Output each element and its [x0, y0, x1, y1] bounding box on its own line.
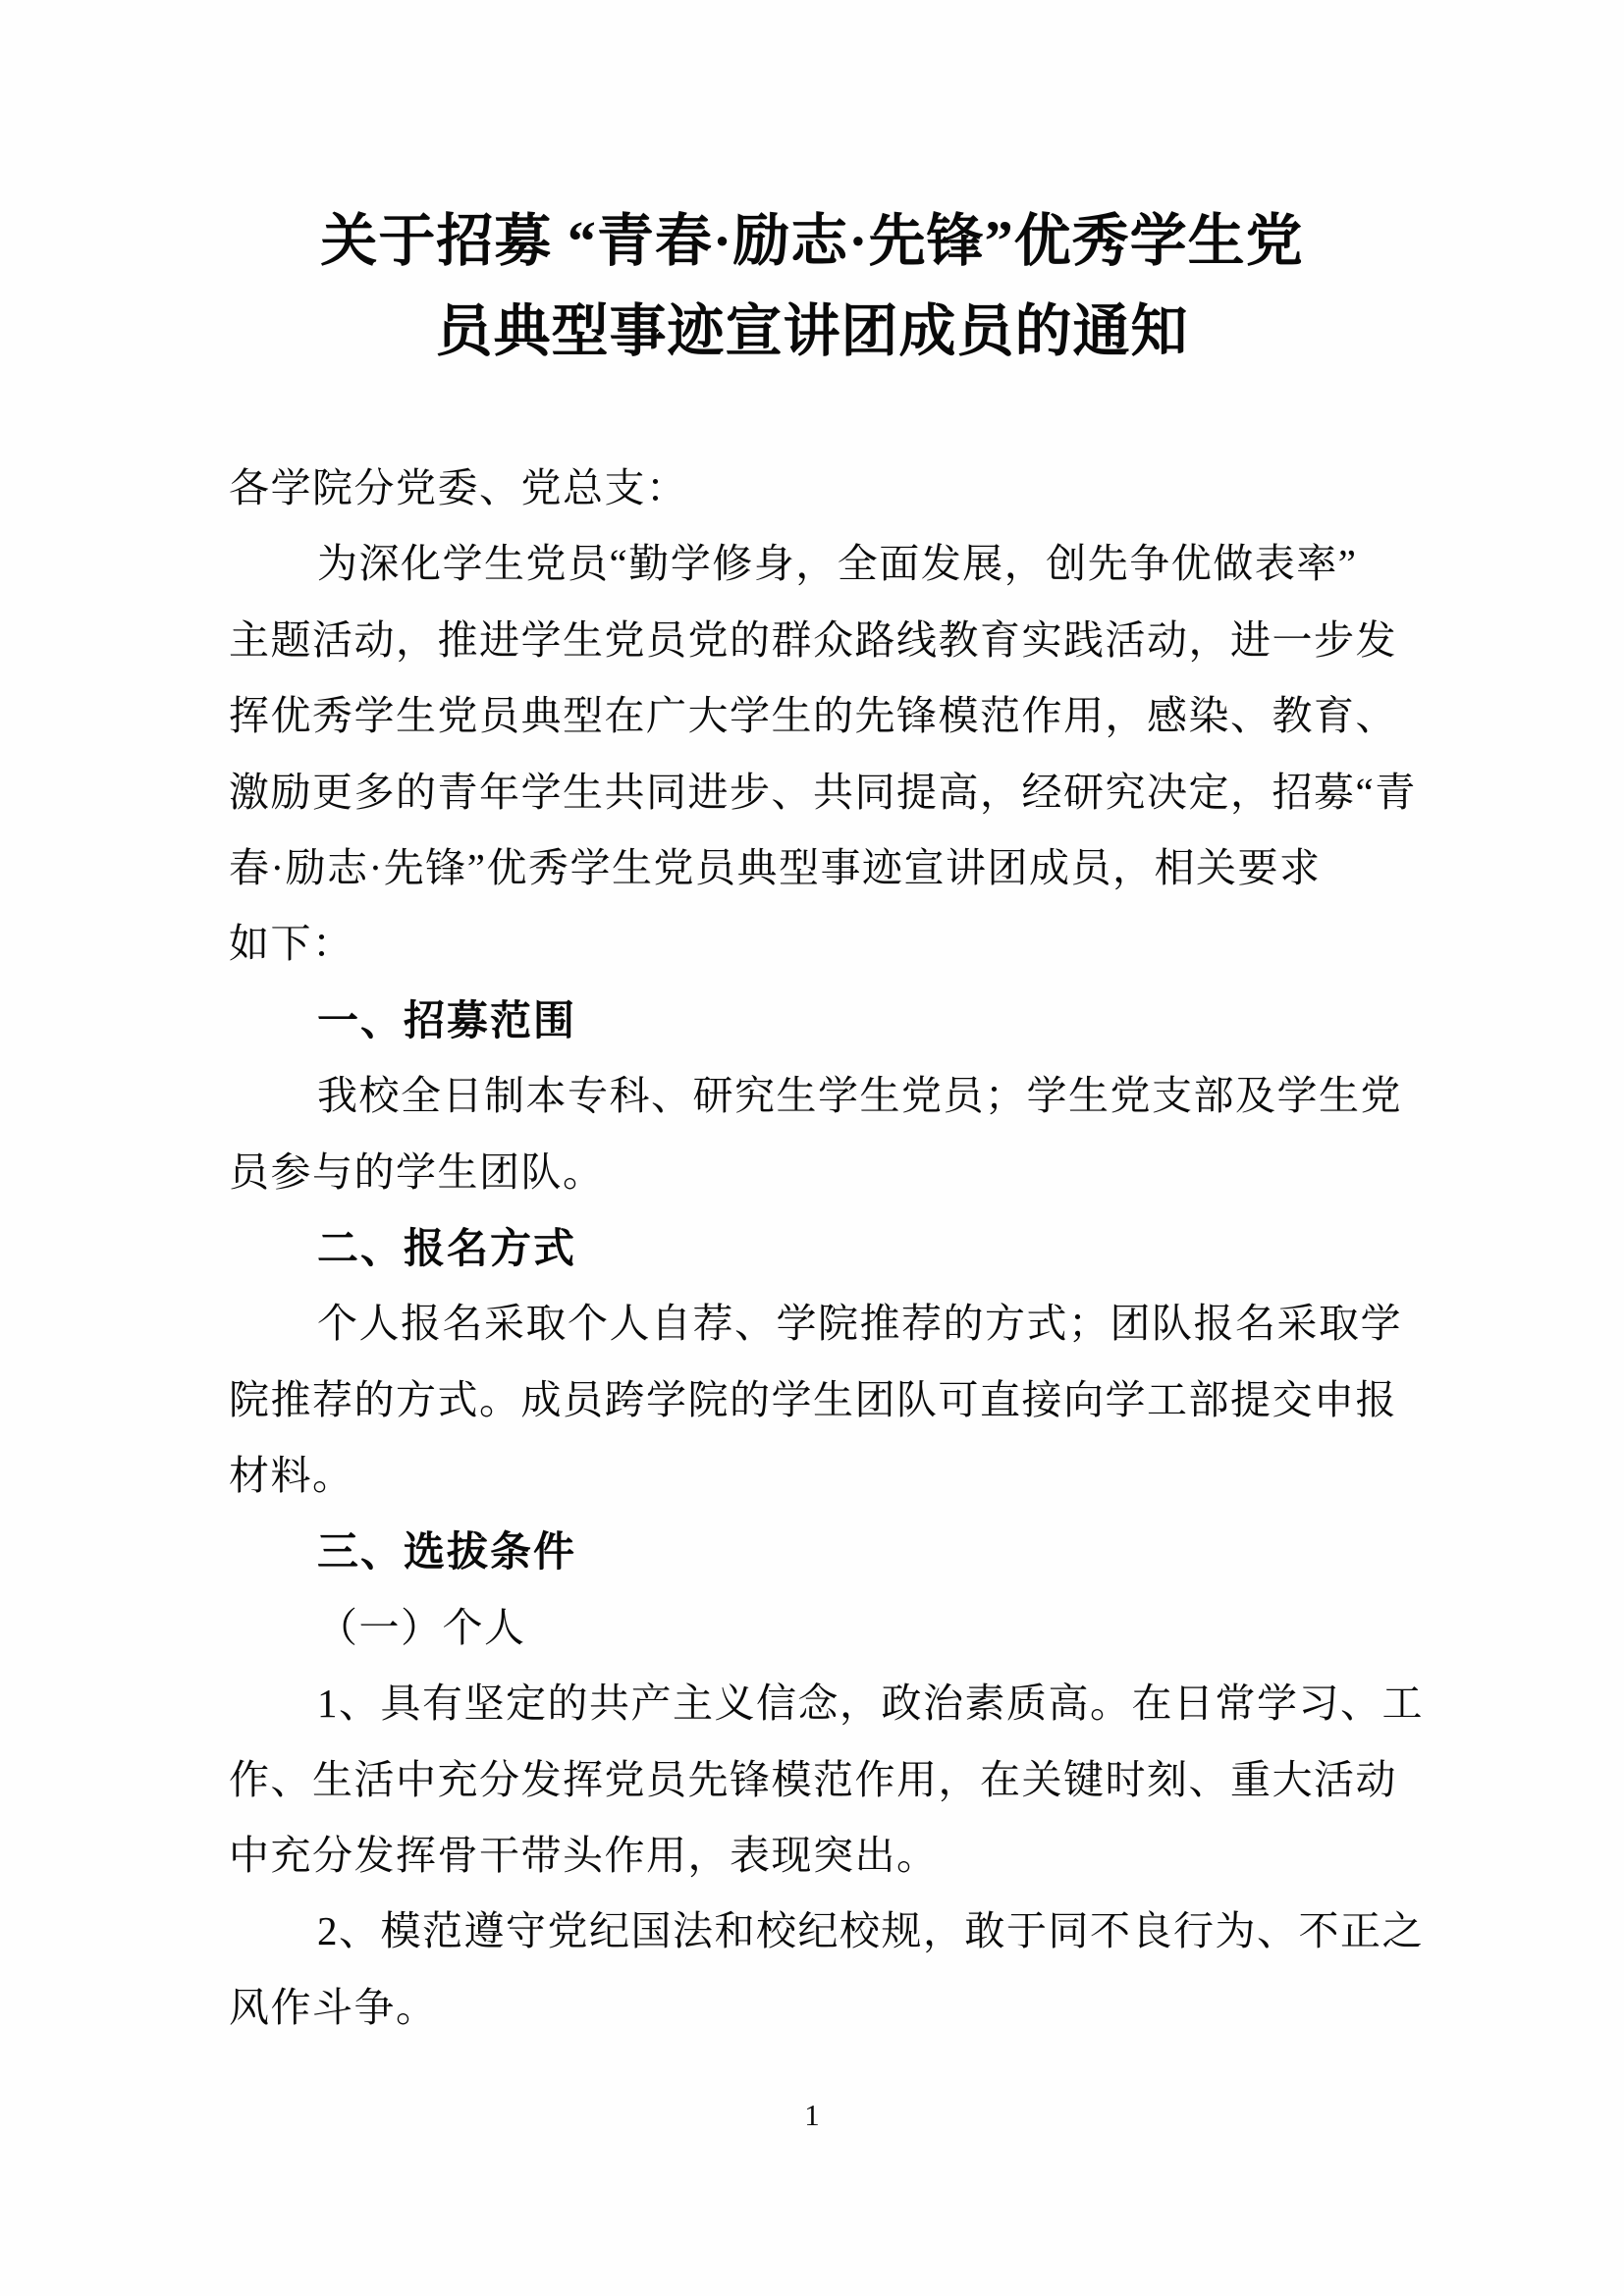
- section-heading-3-criteria: 三、选拔条件: [229, 1514, 1407, 1589]
- section-heading-1-scope: 一、招募范围: [229, 983, 1407, 1058]
- paragraph-line: 主题活动，推进学生党员党的群众路线教育实践活动，进一步发: [229, 603, 1407, 678]
- sub-heading-individual: （一）个人: [229, 1590, 1407, 1666]
- paragraph-line: 1、具有坚定的共产主义信念，政治素质高。在日常学习、工: [229, 1666, 1407, 1741]
- paragraph-line: 激励更多的青年学生共同进步、共同提高，经研究决定，招募“青: [229, 755, 1407, 830]
- paragraph-line: 作、生活中充分发挥党员先锋模范作用，在关键时刻、重大活动: [229, 1742, 1407, 1818]
- document-title-line-1: 关于招募 “青春·励志·先锋”优秀学生党: [0, 196, 1624, 287]
- paragraph-line: 材料。: [229, 1438, 1407, 1514]
- document-title: 关于招募 “青春·励志·先锋”优秀学生党 员典型事迹宣讲团成员的通知: [0, 196, 1624, 377]
- salutation-line: 各学院分党委、党总支：: [229, 451, 1407, 526]
- paragraph-line: 挥优秀学生党员典型在广大学生的先锋模范作用，感染、教育、: [229, 678, 1407, 754]
- document-page: 关于招募 “青春·励志·先锋”优秀学生党 员典型事迹宣讲团成员的通知 各学院分党…: [0, 0, 1624, 2296]
- paragraph-line: 我校全日制本专科、研究生学生党员；学生党支部及学生党: [229, 1058, 1407, 1134]
- document-body: 各学院分党委、党总支： 为深化学生党员“勤学修身，全面发展，创先争优做表率” 主…: [229, 451, 1407, 2046]
- paragraph-line: 院推荐的方式。成员跨学院的学生团队可直接向学工部提交申报: [229, 1362, 1407, 1438]
- paragraph-line: 春·励志·先锋”优秀学生党员典型事迹宣讲团成员，相关要求: [229, 830, 1407, 906]
- paragraph-line: 风作斗争。: [229, 1970, 1407, 2046]
- paragraph-line: 中充分发挥骨干带头作用，表现突出。: [229, 1818, 1407, 1894]
- document-title-line-2: 员典型事迹宣讲团成员的通知: [0, 287, 1624, 377]
- paragraph-line: 为深化学生党员“勤学修身，全面发展，创先争优做表率”: [229, 526, 1407, 602]
- page-number: 1: [0, 2099, 1624, 2132]
- paragraph-line: 员参与的学生团队。: [229, 1135, 1407, 1210]
- section-heading-2-signup: 二、报名方式: [229, 1210, 1407, 1286]
- paragraph-line: 个人报名采取个人自荐、学院推荐的方式；团队报名采取学: [229, 1286, 1407, 1362]
- paragraph-line: 2、模范遵守党纪国法和校纪校规，敢于同不良行为、不正之: [229, 1894, 1407, 1969]
- paragraph-line: 如下：: [229, 906, 1407, 982]
